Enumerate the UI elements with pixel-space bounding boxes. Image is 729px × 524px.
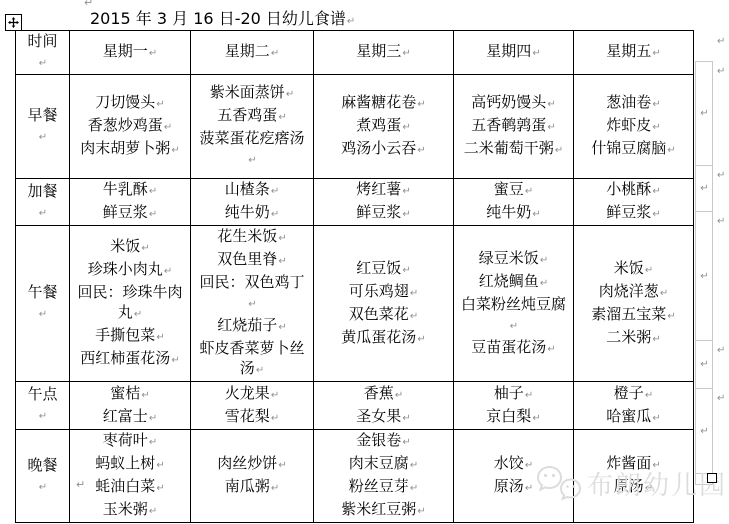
dish-text: 炸虾皮 xyxy=(606,116,651,134)
dish-text: 回民：珍珠牛肉丸 xyxy=(77,283,182,321)
dish-text: 午点 xyxy=(27,385,57,403)
return-mark-icon: ↵ xyxy=(652,48,660,59)
menu-cell: 麻酱糖花卷↵煮鸡蛋↵鸡汤小云吞↵ xyxy=(314,75,454,179)
header-cell: 时间↵ xyxy=(16,31,70,75)
dish-line: 手撕包菜↵ xyxy=(77,325,183,348)
dish-text: 肉末胡萝卜粥 xyxy=(80,139,170,157)
dish-text: 加餐 xyxy=(27,182,57,200)
dish-text: 京白梨 xyxy=(486,407,531,425)
return-mark-icon: ↵ xyxy=(652,413,660,424)
watermark-text: 布朗幼儿园 xyxy=(587,465,727,502)
menu-cell: 紫米面蒸饼↵五香鸡蛋↵菠菜蛋花疙瘩汤↵ xyxy=(191,75,314,179)
dish-line: 葱油卷↵ xyxy=(581,92,686,115)
return-mark-icon: ↵ xyxy=(652,334,660,345)
dish-text: 鸡汤小云吞 xyxy=(341,139,416,157)
dish-text: 柚子 xyxy=(494,384,524,402)
dish-line: 蜜桔↵ xyxy=(77,383,183,406)
return-mark-icon: ↵ xyxy=(39,411,47,422)
return-mark-icon: ↵ xyxy=(149,48,157,59)
dish-line: 菠菜蛋花疙瘩汤↵ xyxy=(198,128,306,171)
dish-line: 紫米红豆粥↵ xyxy=(321,499,446,522)
header-cell: 星期五↵ xyxy=(574,31,694,75)
table-move-handle[interactable] xyxy=(5,14,22,31)
dish-text: 回民：双色鸡丁 xyxy=(199,273,304,291)
return-mark-icon: ↵ xyxy=(278,256,286,267)
return-mark-icon: ↵ xyxy=(540,278,548,289)
dish-line: 虾皮香菜萝卜丝汤↵ xyxy=(198,338,306,381)
return-mark-icon: ↵ xyxy=(278,322,286,333)
menu-cell: 金银卷↵肉末豆腐↵粉丝豆芽↵紫米红豆粥↵ xyxy=(314,430,454,523)
dish-line: 麻酱糖花卷↵ xyxy=(321,92,446,115)
return-mark-icon: ↵ xyxy=(395,390,403,401)
return-mark-icon: ↵ xyxy=(271,413,279,424)
menu-cell: 葱油卷↵炸虾皮↵什锦豆腐脑↵ xyxy=(574,75,694,179)
row-label: 早餐↵ xyxy=(16,75,70,179)
dish-text: 圣女果 xyxy=(356,407,401,425)
menu-cell: 绿豆米饭↵红烧鲷鱼↵白菜粉丝炖豆腐↵豆苗蛋花汤↵ xyxy=(454,226,574,382)
dish-text: 红烧茄子 xyxy=(217,316,277,334)
return-mark-icon: ↵ xyxy=(667,145,675,156)
dish-line: 香葱炒鸡蛋↵ xyxy=(77,115,183,138)
return-mark-icon: ↵ xyxy=(700,183,708,194)
dish-text: 玉米粥 xyxy=(103,500,148,518)
row-label: 午餐↵ xyxy=(16,226,70,382)
return-mark-icon: ↵ xyxy=(525,483,533,494)
dish-line: 什锦豆腐脑↵ xyxy=(581,138,686,161)
return-mark-icon: ↵ xyxy=(248,155,256,166)
menu-cell: 高钙奶馒头↵五香鹌鹑蛋↵二米葡萄干粥↵ xyxy=(454,75,574,179)
return-mark-icon: ↵ xyxy=(402,265,410,276)
dish-line: 回民：珍珠牛肉丸↵ xyxy=(77,282,183,325)
menu-title-text: 2015 年 3 月 16 日-20 日幼儿食谱 xyxy=(90,9,346,28)
dish-text: 火龙果 xyxy=(225,384,270,402)
return-mark-icon: ↵ xyxy=(156,460,164,471)
dish-text: 蚂蚁上树 xyxy=(95,454,155,472)
return-mark-icon: ↵ xyxy=(645,265,653,276)
return-mark-icon: ↵ xyxy=(39,309,47,320)
return-mark-icon: ↵ xyxy=(402,48,410,59)
paragraph-mark: ↵ xyxy=(76,478,85,491)
row-label: 加餐↵ xyxy=(16,179,70,226)
dish-line: 玉米粥↵ xyxy=(77,499,183,522)
return-mark-icon: ↵ xyxy=(700,359,708,370)
return-mark-icon: ↵ xyxy=(278,233,286,244)
return-mark-icon: ↵ xyxy=(347,16,355,27)
return-mark-icon: ↵ xyxy=(410,311,418,322)
dish-text: 雪花梨 xyxy=(225,407,270,425)
dish-text: 二米葡萄干粥 xyxy=(464,139,554,157)
return-mark-icon: ↵ xyxy=(402,209,410,220)
dish-text: 时间 xyxy=(27,32,57,50)
return-mark-icon: ↵ xyxy=(402,413,410,424)
row-label-line: 加餐↵ xyxy=(23,181,62,224)
return-mark-icon: ↵ xyxy=(39,208,47,219)
row-end-mark: ↵ xyxy=(717,345,725,356)
row-end-cell: ↵ xyxy=(695,61,713,166)
dish-text: 橙子 xyxy=(614,384,644,402)
return-mark-icon: ↵ xyxy=(417,334,425,345)
dish-line: 肉丝炒饼↵ xyxy=(198,453,306,476)
return-mark-icon: ↵ xyxy=(402,186,410,197)
return-mark-icon: ↵ xyxy=(156,99,164,110)
dish-line: 红富士↵ xyxy=(77,406,183,429)
return-mark-icon: ↵ xyxy=(248,299,256,310)
row-end-cell: ↵ xyxy=(695,211,713,341)
row-end-mark: ↵ xyxy=(717,216,725,227)
dish-text: 五香鹌鹑蛋 xyxy=(471,116,546,134)
dish-text: 紫米面蒸饼 xyxy=(210,83,285,101)
return-mark-icon: ↵ xyxy=(667,311,675,322)
dish-text: 黄瓜蛋花汤 xyxy=(341,328,416,346)
dish-text: 小桃酥 xyxy=(606,180,651,198)
header-cell: 星期二↵ xyxy=(191,31,314,75)
return-mark-icon: ↵ xyxy=(164,122,172,133)
dish-text: 红豆饭 xyxy=(356,259,401,277)
menu-cell: 米饭↵珍珠小肉丸↵回民：珍珠牛肉丸↵手撕包菜↵西红柿蛋花汤↵ xyxy=(70,226,191,382)
menu-cell: 火龙果↵雪花梨↵ xyxy=(191,382,314,430)
dish-line: 五香鸡蛋↵ xyxy=(198,105,306,128)
return-mark-icon: ↵ xyxy=(39,482,47,493)
dish-text: 刀切馒头 xyxy=(95,93,155,111)
return-mark-icon: ↵ xyxy=(149,506,157,517)
dish-line: 五香鹌鹑蛋↵ xyxy=(461,115,566,138)
dish-text: 菠菜蛋花疙瘩汤 xyxy=(199,129,304,147)
dish-line: 豆苗蛋花汤↵ xyxy=(461,337,566,360)
dish-line: 雪花梨↵ xyxy=(198,406,306,429)
menu-cell: 红豆饭↵可乐鸡翅↵双色菜花↵黄瓜蛋花汤↵ xyxy=(314,226,454,382)
return-mark-icon: ↵ xyxy=(410,460,418,471)
dish-line: 可乐鸡翅↵ xyxy=(321,281,446,304)
return-mark-icon: ↵ xyxy=(410,483,418,494)
dish-line: 肉末胡萝卜粥↵ xyxy=(77,138,183,161)
dish-line: 纯牛奶↵ xyxy=(461,202,566,225)
header-line: 星期二↵ xyxy=(198,41,306,64)
dish-line: 高钙奶馒头↵ xyxy=(461,92,566,115)
return-mark-icon: ↵ xyxy=(555,145,563,156)
return-mark-icon: ↵ xyxy=(149,209,157,220)
dish-line: 粉丝豆芽↵ xyxy=(321,476,446,499)
dish-line: 花生米饭↵ xyxy=(198,226,306,249)
return-mark-icon: ↵ xyxy=(141,243,149,254)
return-mark-icon: ↵ xyxy=(278,112,286,123)
dish-line: 南瓜粥↵ xyxy=(198,476,306,499)
dish-line: 鸡汤小云吞↵ xyxy=(321,138,446,161)
row-end-mark: ↵ xyxy=(717,36,725,47)
dish-line: 纯牛奶↵ xyxy=(198,202,306,225)
dish-line: 红豆饭↵ xyxy=(321,258,446,281)
row-end-mark: ↵ xyxy=(717,393,725,404)
dish-line: 香蕉↵ xyxy=(321,383,446,406)
dish-line: 双色菜花↵ xyxy=(321,304,446,327)
return-mark-icon: ↵ xyxy=(532,48,540,59)
dish-text: 红烧鲷鱼 xyxy=(479,272,539,290)
return-mark-icon: ↵ xyxy=(547,122,555,133)
document-page: ↵ 2015 年 3 月 16 日-20 日幼儿食谱↵ 时间↵星期一↵星期二↵星… xyxy=(0,0,729,524)
dish-line: 二米葡萄干粥↵ xyxy=(461,138,566,161)
row-label-line: 午点↵ xyxy=(23,384,62,427)
return-mark-icon: ↵ xyxy=(540,255,548,266)
dish-text: 葱油卷 xyxy=(606,93,651,111)
return-mark-icon: ↵ xyxy=(652,186,660,197)
dish-line: 煮鸡蛋↵ xyxy=(321,115,446,138)
menu-cell: 花生米饭↵双色里脊↵回民：双色鸡丁↵红烧茄子↵虾皮香菜萝卜丝汤↵ xyxy=(191,226,314,382)
return-mark-icon: ↵ xyxy=(547,99,555,110)
return-mark-icon: ↵ xyxy=(271,186,279,197)
return-mark-icon: ↵ xyxy=(149,437,157,448)
dish-line: 黄瓜蛋花汤↵ xyxy=(321,327,446,350)
return-mark-icon: ↵ xyxy=(645,390,653,401)
dish-line: 蜜豆↵ xyxy=(461,179,566,202)
return-mark-icon: ↵ xyxy=(156,483,164,494)
return-mark-icon: ↵ xyxy=(417,145,425,156)
menu-cell: 柚子↵京白梨↵ xyxy=(454,382,574,430)
dish-text: 双色里脊 xyxy=(217,250,277,268)
dish-text: 什锦豆腐脑 xyxy=(591,139,666,157)
return-mark-icon: ↵ xyxy=(700,108,708,119)
dish-line: 小桃酥↵ xyxy=(581,179,686,202)
dish-text: 山楂条 xyxy=(225,180,270,198)
dish-line: 回民：双色鸡丁↵ xyxy=(198,272,306,315)
dish-line: 柚子↵ xyxy=(461,383,566,406)
dish-text: 粉丝豆芽 xyxy=(349,477,409,495)
return-mark-icon: ↵ xyxy=(171,145,179,156)
table-resize-handle[interactable] xyxy=(707,473,717,483)
row-end-cell: ↵ xyxy=(695,340,713,389)
row-label: 午点↵ xyxy=(16,382,70,430)
table-row: 加餐↵牛乳酥↵鲜豆浆↵山楂条↵纯牛奶↵烤红薯↵鲜豆浆↵蜜豆↵纯牛奶↵小桃酥↵鲜豆… xyxy=(16,179,694,226)
return-mark-icon: ↵ xyxy=(156,332,164,343)
dish-text: 双色菜花 xyxy=(349,305,409,323)
dish-line: 白菜粉丝炖豆腐↵ xyxy=(461,294,566,337)
menu-cell: 山楂条↵纯牛奶↵ xyxy=(191,179,314,226)
dish-line: 米饭↵ xyxy=(581,258,686,281)
dish-text: 香葱炒鸡蛋 xyxy=(88,116,163,134)
return-mark-icon: ↵ xyxy=(660,288,668,299)
return-mark-icon: ↵ xyxy=(417,99,425,110)
menu-cell: 烤红薯↵鲜豆浆↵ xyxy=(314,179,454,226)
dish-line: 双色里脊↵ xyxy=(198,249,306,272)
dish-text: 素溜五宝菜 xyxy=(591,305,666,323)
dish-line: 西红柿蛋花汤↵ xyxy=(77,348,183,371)
return-mark-icon: ↵ xyxy=(652,99,660,110)
return-mark-icon: ↵ xyxy=(271,209,279,220)
dish-line: 京白梨↵ xyxy=(461,406,566,429)
dish-text: 原汤 xyxy=(494,477,524,495)
return-mark-icon: ↵ xyxy=(525,390,533,401)
dish-line: 山楂条↵ xyxy=(198,179,306,202)
dish-text: 米饭 xyxy=(614,259,644,277)
menu-cell: 牛乳酥↵鲜豆浆↵ xyxy=(70,179,191,226)
row-label-line: 晚餐↵ xyxy=(23,455,62,498)
header-line: 星期一↵ xyxy=(77,41,183,64)
return-mark-icon: ↵ xyxy=(700,426,708,437)
return-mark-icon: ↵ xyxy=(532,209,540,220)
menu-cell: 小桃酥↵鲜豆浆↵ xyxy=(574,179,694,226)
dish-text: 绿豆米饭 xyxy=(479,249,539,267)
dish-text: 豆苗蛋花汤 xyxy=(471,338,546,356)
return-mark-icon: ↵ xyxy=(39,132,47,143)
return-mark-icon: ↵ xyxy=(700,271,708,282)
dish-text: 珍珠小肉丸 xyxy=(88,260,163,278)
return-mark-icon: ↵ xyxy=(652,122,660,133)
dish-text: 肉末豆腐 xyxy=(349,454,409,472)
return-mark-icon: ↵ xyxy=(149,186,157,197)
dish-text: 星期四 xyxy=(486,42,531,60)
return-mark-icon: ↵ xyxy=(278,460,286,471)
menu-cell: 橙子↵哈蜜瓜↵ xyxy=(574,382,694,430)
menu-table: 时间↵星期一↵星期二↵星期三↵星期四↵星期五↵早餐↵刀切馒头↵香葱炒鸡蛋↵肉末胡… xyxy=(15,30,694,523)
return-mark-icon: ↵ xyxy=(402,122,410,133)
menu-cell: 刀切馒头↵香葱炒鸡蛋↵肉末胡萝卜粥↵ xyxy=(70,75,191,179)
dish-line: 红烧茄子↵ xyxy=(198,315,306,338)
dish-text: 鲜豆浆 xyxy=(103,203,148,221)
dish-line: 肉烧洋葱↵ xyxy=(581,281,686,304)
dish-line: 红烧鲷鱼↵ xyxy=(461,271,566,294)
dish-line: 蚝油白菜↵ xyxy=(77,476,183,499)
dish-text: 五香鸡蛋 xyxy=(217,106,277,124)
row-label-line: 早餐↵ xyxy=(23,105,62,148)
dish-line: 珍珠小肉丸↵ xyxy=(77,259,183,282)
dish-text: 哈蜜瓜 xyxy=(606,407,651,425)
dish-line: 哈蜜瓜↵ xyxy=(581,406,686,429)
header-cell: 星期三↵ xyxy=(314,31,454,75)
return-mark-icon: ↵ xyxy=(286,89,294,100)
dish-text: 星期三 xyxy=(356,42,401,60)
menu-cell: 米饭↵肉烧洋葱↵素溜五宝菜↵二米粥↵ xyxy=(574,226,694,382)
dish-text: 米饭 xyxy=(110,237,140,255)
dish-line: 素溜五宝菜↵ xyxy=(581,304,686,327)
row-label-line: 午餐↵ xyxy=(23,282,62,325)
dish-text: 紫米红豆粥 xyxy=(341,500,416,518)
dish-line: 肉末豆腐↵ xyxy=(321,453,446,476)
dish-text: 红富士 xyxy=(103,407,148,425)
return-mark-icon: ↵ xyxy=(417,506,425,517)
return-mark-icon: ↵ xyxy=(134,309,142,320)
return-mark-icon: ↵ xyxy=(652,209,660,220)
menu-cell: 蜜豆↵纯牛奶↵ xyxy=(454,179,574,226)
menu-cell: 肉丝炒饼↵南瓜粥↵ xyxy=(191,430,314,523)
header-cell: 星期一↵ xyxy=(70,31,191,75)
dish-text: 蜜豆 xyxy=(494,180,524,198)
dish-text: 香蕉 xyxy=(364,384,394,402)
dish-text: 花生米饭 xyxy=(217,227,277,245)
dish-text: 西红柿蛋花汤 xyxy=(80,349,170,367)
dish-line: 鲜豆浆↵ xyxy=(581,202,686,225)
dish-text: 高钙奶馒头 xyxy=(471,93,546,111)
return-mark-icon: ↵ xyxy=(271,48,279,59)
return-mark-icon: ↵ xyxy=(149,413,157,424)
return-mark-icon: ↵ xyxy=(547,344,555,355)
header-line: 星期五↵ xyxy=(581,41,686,64)
dish-text: 肉烧洋葱 xyxy=(599,282,659,300)
dish-line: 米饭↵ xyxy=(77,236,183,259)
dish-text: 水饺 xyxy=(494,454,524,472)
return-mark-icon: ↵ xyxy=(525,186,533,197)
dish-text: 纯牛奶 xyxy=(225,203,270,221)
menu-cell: 枣荷叶↵蚂蚁上树↵蚝油白菜↵玉米粥↵ xyxy=(70,430,191,523)
header-line: 星期四↵ xyxy=(461,41,566,64)
dish-line: 火龙果↵ xyxy=(198,383,306,406)
row-label: 晚餐↵ xyxy=(16,430,70,523)
dish-text: 星期二 xyxy=(225,42,270,60)
row-end-cell: ↵ xyxy=(695,165,713,212)
dish-text: 烤红薯 xyxy=(356,180,401,198)
dish-line: 刀切馒头↵ xyxy=(77,92,183,115)
dish-line: 绿豆米饭↵ xyxy=(461,248,566,271)
dish-line: 橙子↵ xyxy=(581,383,686,406)
menu-title: 2015 年 3 月 16 日-20 日幼儿食谱↵ xyxy=(90,6,355,29)
move-icon xyxy=(8,17,19,28)
table-row: 午餐↵米饭↵珍珠小肉丸↵回民：珍珠牛肉丸↵手撕包菜↵西红柿蛋花汤↵花生米饭↵双色… xyxy=(16,226,694,382)
header-line: 星期三↵ xyxy=(321,41,446,64)
wechat-icon xyxy=(536,464,582,502)
return-mark-icon: ↵ xyxy=(525,460,533,471)
watermark: 布朗幼儿园 xyxy=(536,464,727,502)
header-row: 时间↵星期一↵星期二↵星期三↵星期四↵星期五↵ xyxy=(16,31,694,75)
dish-text: 早餐 xyxy=(27,106,57,124)
dish-line: 枣荷叶↵ xyxy=(77,430,183,453)
dish-text: 煮鸡蛋 xyxy=(356,116,401,134)
dish-line: 鲜豆浆↵ xyxy=(321,202,446,225)
dish-text: 蜜桔 xyxy=(110,384,140,402)
dish-line: 牛乳酥↵ xyxy=(77,179,183,202)
dish-line: 紫米面蒸饼↵ xyxy=(198,82,306,105)
return-mark-icon: ↵ xyxy=(39,58,47,69)
return-mark-icon: ↵ xyxy=(271,483,279,494)
row-end-column: ↵ ↵ ↵ ↵ ↵ xyxy=(695,62,713,485)
dish-text: 虾皮香菜萝卜丝汤 xyxy=(199,339,304,377)
dish-text: 麻酱糖花卷 xyxy=(341,93,416,111)
row-end-cell: ↵ xyxy=(695,388,713,474)
header-line: 时间↵ xyxy=(23,31,62,74)
return-mark-icon: ↵ xyxy=(141,390,149,401)
return-mark-icon: ↵ xyxy=(410,288,418,299)
dish-line: 金银卷↵ xyxy=(321,430,446,453)
table-row: 午点↵蜜桔↵红富士↵火龙果↵雪花梨↵香蕉↵圣女果↵柚子↵京白梨↵橙子↵哈蜜瓜↵ xyxy=(16,382,694,430)
dish-text: 肉丝炒饼 xyxy=(217,454,277,472)
return-mark-icon: ↵ xyxy=(171,355,179,366)
return-mark-icon: ↵ xyxy=(510,321,518,332)
return-mark-icon: ↵ xyxy=(532,413,540,424)
dish-line: 鲜豆浆↵ xyxy=(77,202,183,225)
header-cell: 星期四↵ xyxy=(454,31,574,75)
dish-text: 枣荷叶 xyxy=(103,431,148,449)
row-end-mark: ↵ xyxy=(717,170,725,181)
dish-text: 星期五 xyxy=(606,42,651,60)
return-mark-icon: ↵ xyxy=(164,266,172,277)
dish-text: 南瓜粥 xyxy=(225,477,270,495)
dish-text: 金银卷 xyxy=(356,431,401,449)
menu-cell: 蜜桔↵红富士↵ xyxy=(70,382,191,430)
dish-line: 二米粥↵ xyxy=(581,327,686,350)
dish-text: 纯牛奶 xyxy=(486,203,531,221)
return-mark-icon: ↵ xyxy=(271,390,279,401)
dish-text: 午餐 xyxy=(27,283,57,301)
row-end-mark: ↵ xyxy=(717,66,725,77)
dish-text: 牛乳酥 xyxy=(103,180,148,198)
dish-text: 鲜豆浆 xyxy=(356,203,401,221)
dish-text: 手撕包菜 xyxy=(95,326,155,344)
return-mark-icon: ↵ xyxy=(402,437,410,448)
dish-text: 二米粥 xyxy=(606,328,651,346)
menu-cell: 香蕉↵圣女果↵ xyxy=(314,382,454,430)
dish-text: 晚餐 xyxy=(27,456,57,474)
dish-text: 鲜豆浆 xyxy=(606,203,651,221)
table-row: 早餐↵刀切馒头↵香葱炒鸡蛋↵肉末胡萝卜粥↵紫米面蒸饼↵五香鸡蛋↵菠菜蛋花疙瘩汤↵… xyxy=(16,75,694,179)
dish-text: 蚝油白菜 xyxy=(95,477,155,495)
dish-text: 星期一 xyxy=(103,42,148,60)
return-mark-icon: ↵ xyxy=(256,365,264,376)
